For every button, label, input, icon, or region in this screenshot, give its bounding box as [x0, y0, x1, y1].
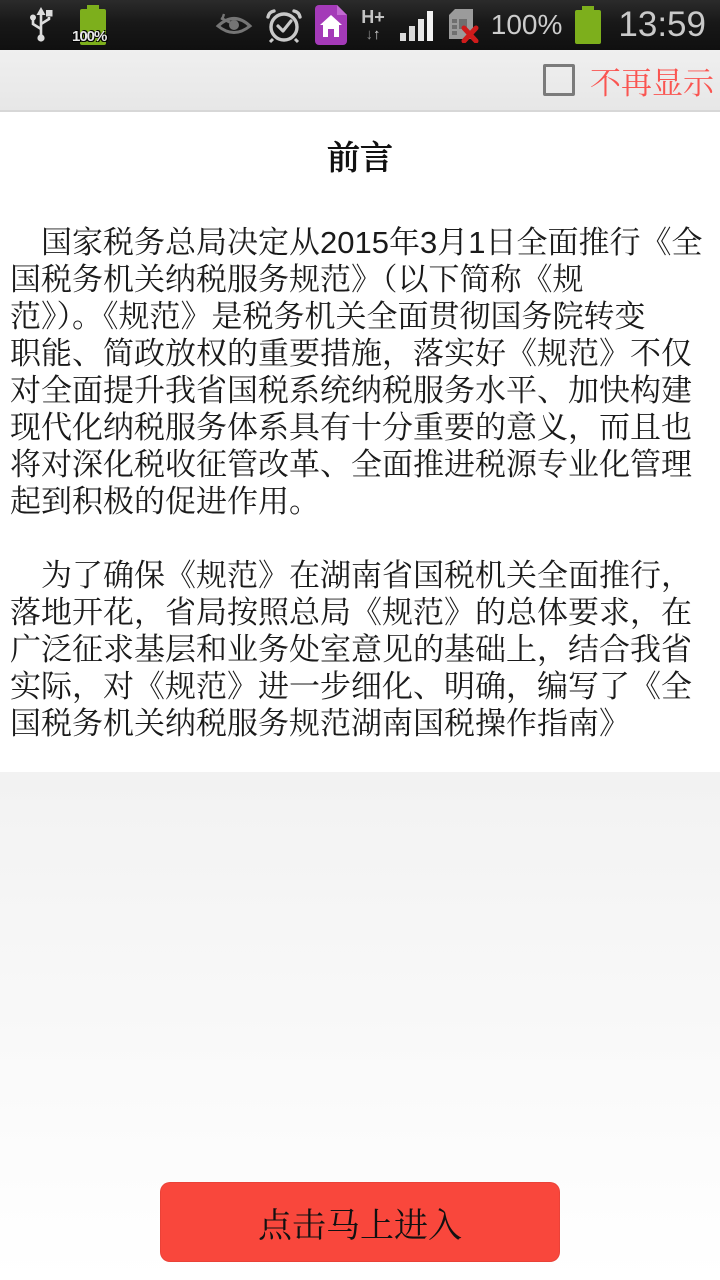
- eye-filter-icon: [215, 12, 253, 38]
- sim-missing-icon: [447, 7, 479, 43]
- page-title: 前言: [10, 138, 710, 178]
- signal-strength-icon: [399, 8, 435, 42]
- network-type-label: H+: [361, 8, 385, 26]
- dismiss-checkbox[interactable]: [543, 64, 575, 96]
- dismiss-label[interactable]: 不再显示: [590, 58, 714, 103]
- status-bar-left: 100%: [26, 3, 108, 47]
- usb-icon: [26, 6, 56, 44]
- clock-time: 13:59: [618, 5, 706, 45]
- home-app-icon: [315, 5, 347, 45]
- preface-content: 前言 国家税务总局决定从2015年3月1日全面推行《全 国税务机关纳税服务规范》…: [0, 112, 720, 772]
- preface-paragraph-2: 为了确保《规范》在湖南省国税机关全面推行， 落地开花，省局按照总局《规范》的总体…: [10, 557, 710, 742]
- battery-percent-label: 100%: [491, 9, 563, 41]
- status-bar-right: H+ ↓↑: [215, 5, 712, 45]
- usb-battery-percent-label: 100%: [72, 28, 106, 45]
- mobile-data-indicator: H+ ↓↑: [361, 8, 385, 42]
- preface-paragraph-1: 国家税务总局决定从2015年3月1日全面推行《全 国税务机关纳税服务规范》（以下…: [10, 224, 710, 520]
- data-activity-arrows-icon: ↓↑: [366, 27, 381, 42]
- lower-area: 点击马上进入: [0, 772, 720, 1280]
- enter-now-button[interactable]: 点击马上进入: [160, 1182, 560, 1262]
- alarm-clock-icon: [265, 6, 303, 44]
- notice-bar: 不再显示: [0, 50, 720, 112]
- battery-icon: [574, 6, 602, 44]
- status-bar: 100%: [0, 0, 720, 50]
- usb-battery-indicator: 100%: [78, 3, 108, 47]
- app-screen: 100%: [0, 0, 720, 1280]
